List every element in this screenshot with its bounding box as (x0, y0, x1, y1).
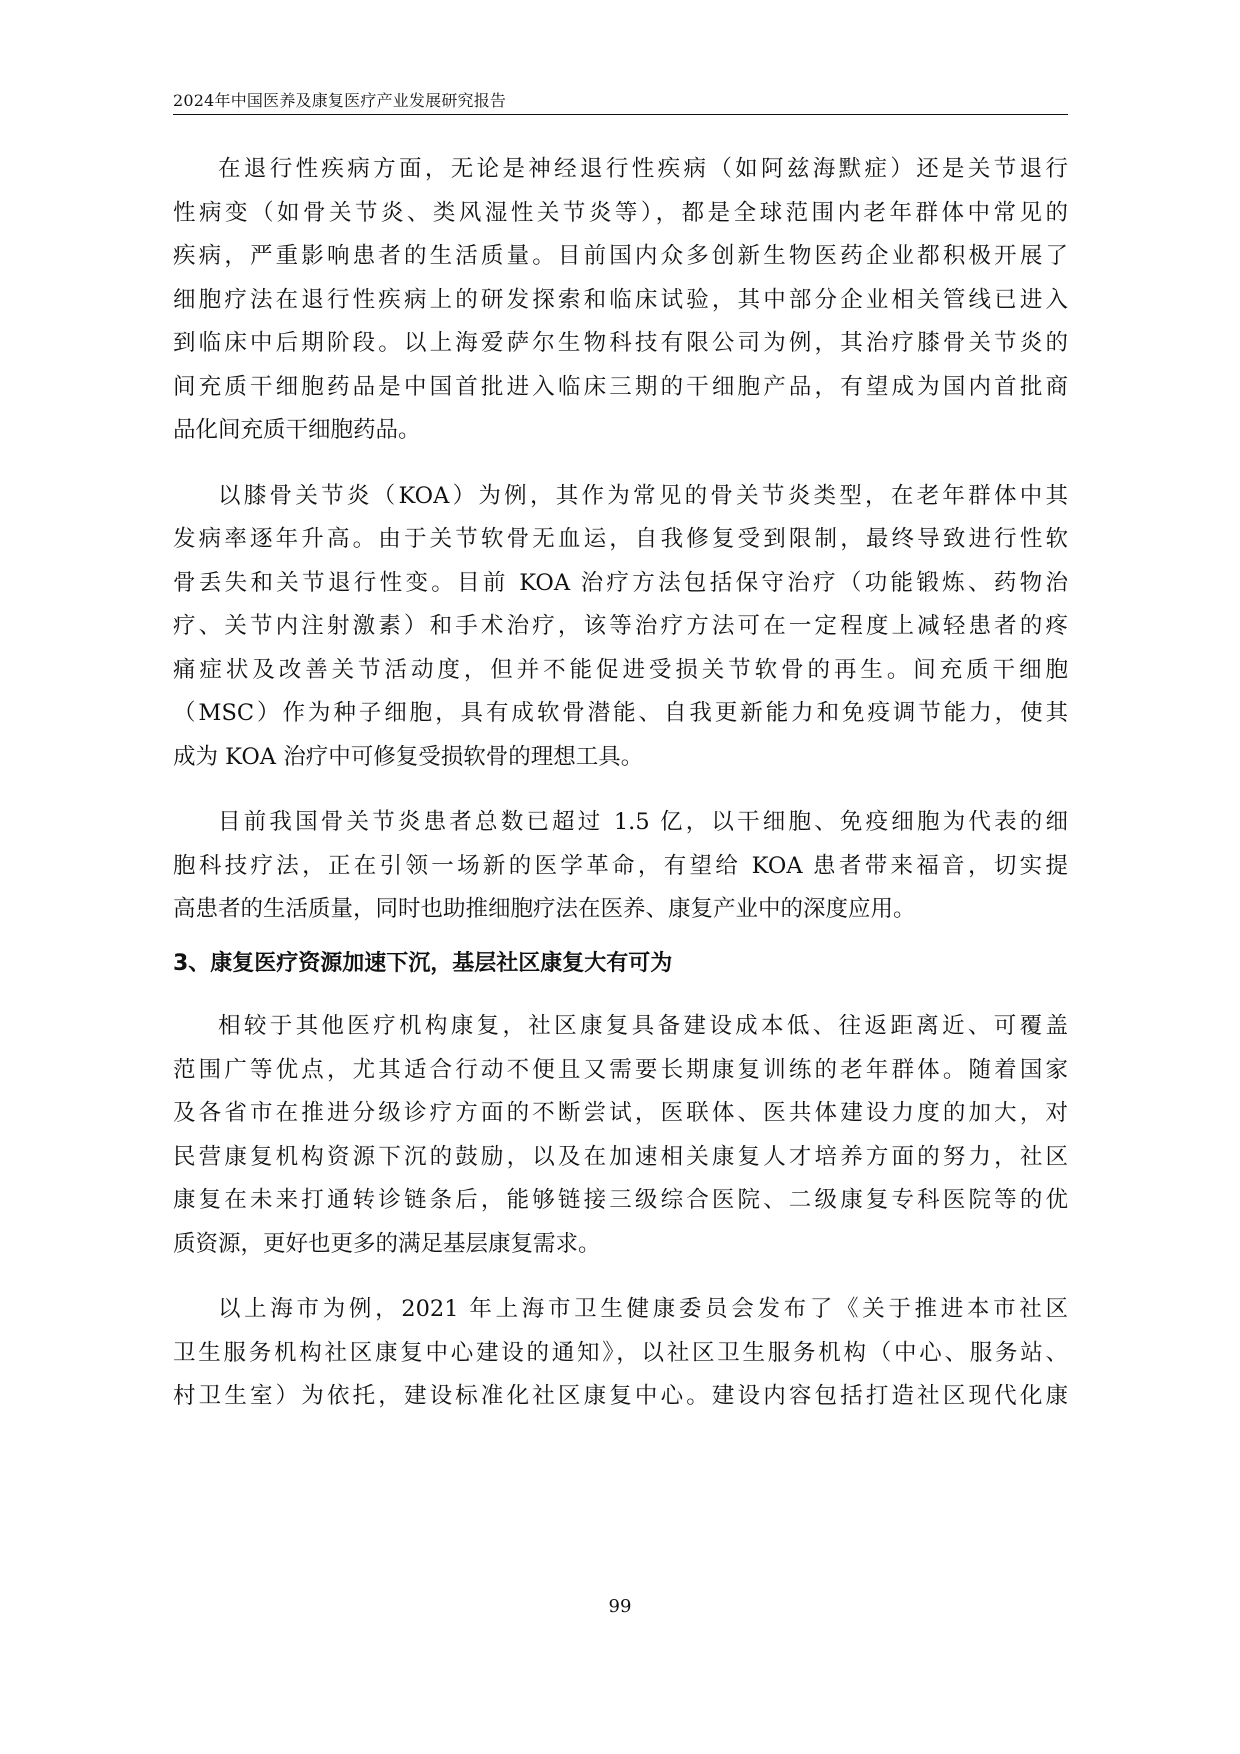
text-line: 间充质干细胞药品是中国首批进入临床三期的干细胞产品，有望成为国内首批商 (173, 366, 1068, 410)
text-line: 康复在未来打通转诊链条后，能够链接三级综合医院、二级康复专科医院等的优 (173, 1179, 1068, 1223)
page-number: 99 (0, 1596, 1240, 1617)
text-line: 相较于其他医疗机构康复，社区康复具备建设成本低、往返距离近、可覆盖 (173, 1005, 1068, 1049)
text-line: 卫生服务机构社区康复中心建设的通知》，以社区卫生服务机构（中心、服务站、 (173, 1332, 1068, 1376)
paragraph-gap (173, 1266, 1068, 1288)
paragraph-gap (173, 453, 1068, 475)
text-line: 在退行性疾病方面，无论是神经退行性疾病（如阿兹海默症）还是关节退行 (173, 148, 1068, 192)
paragraph-osteoarthritis-patients: 目前我国骨关节炎患者总数已超过 1.5 亿，以干细胞、免疫细胞为代表的细 胞科技… (173, 801, 1068, 932)
text-line: 成为 KOA 治疗中可修复受损软骨的理想工具。 (173, 736, 1068, 780)
text-line: 及各省市在推进分级诊疗方面的不断尝试，医联体、医共体建设力度的加大，对 (173, 1092, 1068, 1136)
text-line: 高患者的生活质量，同时也助推细胞疗法在医养、康复产业中的深度应用。 (173, 888, 1068, 932)
document-body: 在退行性疾病方面，无论是神经退行性疾病（如阿兹海默症）还是关节退行 性病变（如骨… (173, 148, 1068, 1419)
paragraph-gap (173, 985, 1068, 1005)
text-line: 疾病，严重影响患者的生活质量。目前国内众多创新生物医药企业都积极开展了 (173, 235, 1068, 279)
text-line: 以上海市为例，2021 年上海市卫生健康委员会发布了《关于推进本市社区 (173, 1288, 1068, 1332)
text-line: 疗、关节内注射激素）和手术治疗，该等治疗方法可在一定程度上减轻患者的疼 (173, 605, 1068, 649)
text-line: 细胞疗法在退行性疾病上的研发探索和临床试验，其中部分企业相关管线已进入 (173, 279, 1068, 323)
paragraph-degenerative-diseases: 在退行性疾病方面，无论是神经退行性疾病（如阿兹海默症）还是关节退行 性病变（如骨… (173, 148, 1068, 453)
text-line: 以膝骨关节炎（KOA）为例，其作为常见的骨关节炎类型，在老年群体中其 (173, 475, 1068, 519)
text-line: 痛症状及改善关节活动度，但并不能促进受损关节软骨的再生。间充质干细胞 (173, 649, 1068, 693)
text-line: 村卫生室）为依托，建设标准化社区康复中心。建设内容包括打造社区现代化康 (173, 1375, 1068, 1419)
running-header: 2024年中国医养及康复医疗产业发展研究报告 (173, 88, 1073, 111)
header-divider (173, 114, 1068, 115)
text-line: 性病变（如骨关节炎、类风湿性关节炎等），都是全球范围内老年群体中常见的 (173, 192, 1068, 236)
text-line: 范围广等优点，尤其适合行动不便且又需要长期康复训练的老年群体。随着国家 (173, 1049, 1068, 1093)
text-line: （MSC）作为种子细胞，具有成软骨潜能、自我更新能力和免疫调节能力，使其 (173, 692, 1068, 736)
text-line: 到临床中后期阶段。以上海爱萨尔生物科技有限公司为例，其治疗膝骨关节炎的 (173, 322, 1068, 366)
text-line: 质资源，更好也更多的满足基层康复需求。 (173, 1223, 1068, 1267)
paragraph-community-rehab: 相较于其他医疗机构康复，社区康复具备建设成本低、往返距离近、可覆盖 范围广等优点… (173, 1005, 1068, 1266)
paragraph-gap (173, 932, 1068, 942)
text-line: 骨丢失和关节退行性变。目前 KOA 治疗方法包括保守治疗（功能锻炼、药物治 (173, 562, 1068, 606)
text-line: 目前我国骨关节炎患者总数已超过 1.5 亿，以干细胞、免疫细胞为代表的细 (173, 801, 1068, 845)
section-heading: 3、康复医疗资源加速下沉，基层社区康复大有可为 (173, 942, 1068, 986)
paragraph-shanghai-example: 以上海市为例，2021 年上海市卫生健康委员会发布了《关于推进本市社区 卫生服务… (173, 1288, 1068, 1419)
text-line: 发病率逐年升高。由于关节软骨无血运，自我修复受到限制，最终导致进行性软 (173, 518, 1068, 562)
text-line: 民营康复机构资源下沉的鼓励，以及在加速相关康复人才培养方面的努力，社区 (173, 1136, 1068, 1180)
paragraph-gap (173, 779, 1068, 801)
paragraph-koa: 以膝骨关节炎（KOA）为例，其作为常见的骨关节炎类型，在老年群体中其 发病率逐年… (173, 475, 1068, 780)
text-line: 胞科技疗法，正在引领一场新的医学革命，有望给 KOA 患者带来福音，切实提 (173, 845, 1068, 889)
text-line: 品化间充质干细胞药品。 (173, 409, 1068, 453)
